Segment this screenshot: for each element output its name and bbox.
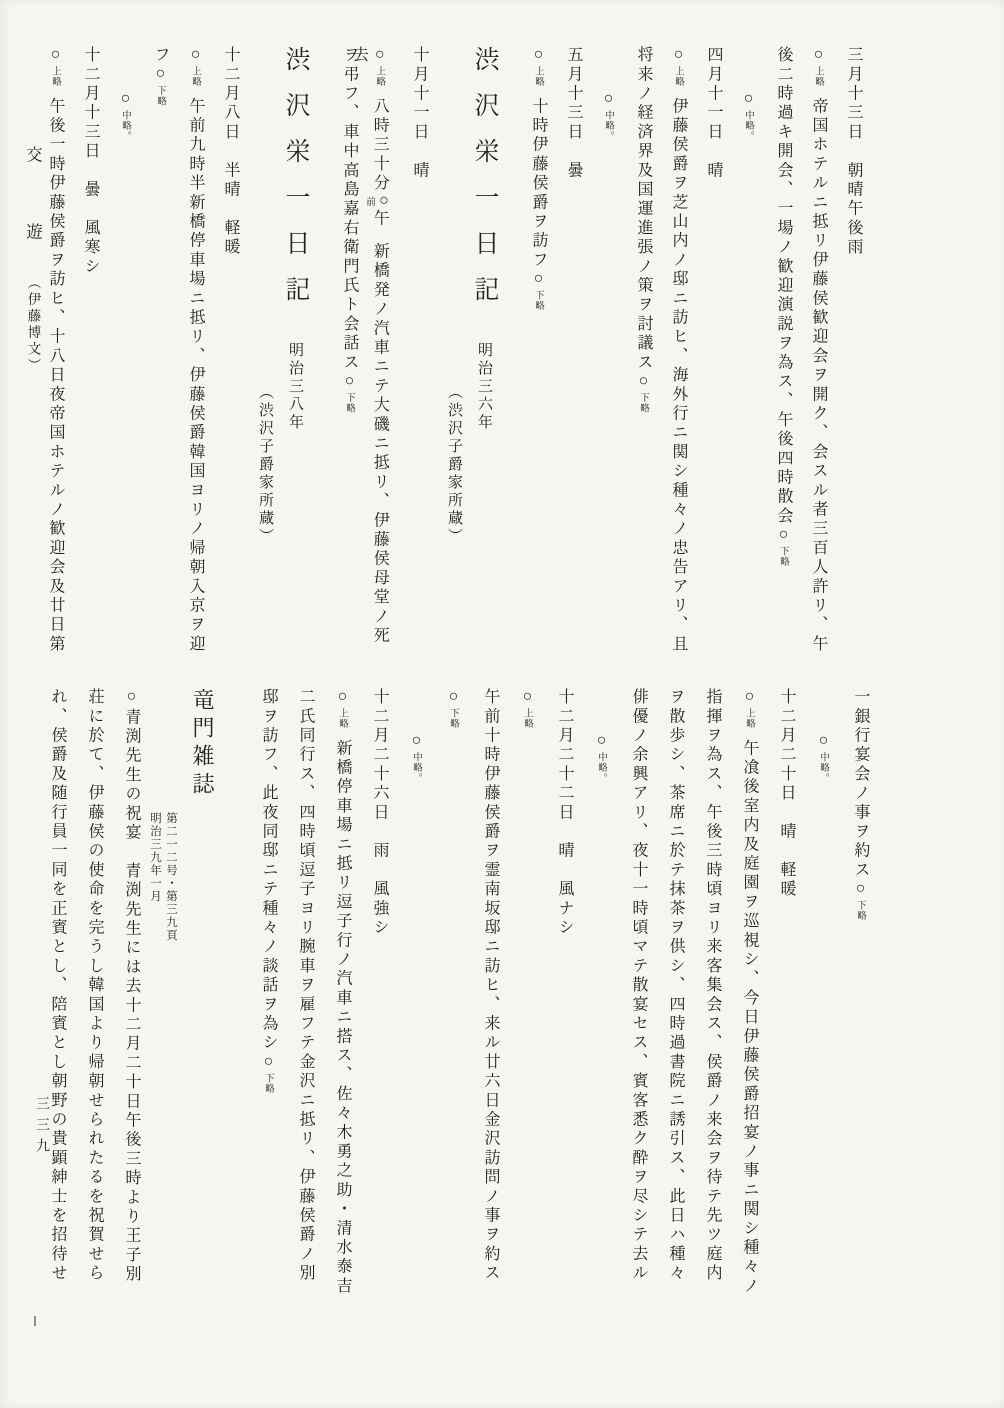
diary-date-column: 三月十三日 朝晴午後雨 [826,46,861,660]
insertion-correction-mark: 前○ [366,193,392,209]
diary-text-column: 将来ノ経済界及国運進張ノ策ヲ討議ス○下略 [616,46,651,660]
diary-text-column: ○上略十時伊藤侯爵ヲ訪フ○下略 [511,46,546,660]
diary-date-column: 十二月二十二日 晴 風ナシ [535,688,572,1310]
diary-date-column: 五月十三日 曇 [546,46,581,660]
diary-date-column: 十二月十三日 曇 風寒シ [63,46,98,660]
ellipsis-note-column: ○中略。 [572,688,609,1310]
running-header: 交 遊（伊藤博文） [24,146,41,375]
diary-text-column: 午前十時伊藤侯爵ヲ霊南坂邸ニ訪ヒ、来ル廿六日金沢訪問ノ事ヲ約ス [461,688,498,1310]
page-number: 三三九 [34,1096,48,1159]
diary-text-column: ○上略午前九時半新橋停車場ニ抵リ、伊藤侯爵韓国ヨリノ帰朝入京ヲ迎 [168,46,203,660]
journal-ref-line: 第二一二号・第三九頁 [160,812,176,1310]
ellipsis-note-column: ○中略。 [387,688,424,1310]
diary-text-column: ○上略新橋停車場ニ抵リ逗子行ノ汽車ニ搭ス、佐々木勇之助・清水泰吉 [313,688,350,1310]
diary-text-column: ○上略帝国ホテルニ抵リ伊藤侯歓迎会ヲ開ク、会スル者三百人許リ、午 [791,46,826,660]
journal-ref-column: 第二一二号・第三九頁明治三九年一月 [139,688,176,1310]
upper-text-block: 三月十三日 朝晴午後雨○上略帝国ホテルニ抵リ伊藤侯歓迎会ヲ開ク、会スル者三百人許… [28,46,861,660]
diary-text-column: 邸ヲ訪フ、此夜同邸ニテ種々ノ談話ヲ為シ○下略 [239,688,276,1310]
scanned-document-page: 三月十三日 朝晴午後雨○上略帝国ホテルニ抵リ伊藤侯歓迎会ヲ開ク、会スル者三百人許… [0,0,1004,1408]
diary-date-column: 十二月二十六日 雨 風強シ [350,688,387,1310]
diary-text-column: フ○下略 [133,46,168,660]
diary-text-column: ヲ散歩シ、茶席ニ於テ抹茶ヲ供シ、四時過書院ニ誘引ス、此日ハ種々 [646,688,683,1310]
diary-text-column: 後二時過キ開会、一場ノ歓迎演説ヲ為ス、午後四時散会○下略 [756,46,791,660]
diary-text-column: 荘に於て、伊藤侯の使命を完うし韓国より帰朝せられたるを祝賀せら [65,688,102,1310]
source-colophon-column: （渋沢子爵家所蔵） [427,46,462,660]
source-title-column: 渋沢栄一日記明治三八年 [273,46,308,660]
section-subtitle: （伊藤博文） [26,276,41,375]
journal-ref-line: 明治三九年一月 [144,812,160,1310]
diary-date-column: 十月十一日 晴 [392,46,427,660]
journal-title-column: 竜門雑誌 [176,688,213,1310]
diary-text-column: ヲ弔フ、車中高島嘉右衛門氏ト会話ス○下略 [322,46,357,660]
diary-date-column: 四月十一日 晴 [686,46,721,660]
scan-artifact [34,1316,36,1326]
diary-text-column: ○上略八時三十分前○午新橋発ノ汽車ニテ大磯ニ抵リ、伊藤侯母堂ノ死去 [357,46,392,660]
diary-text-column: 一銀行宴会ノ事ヲ約ス○下略 [831,688,868,1310]
diary-text-column: ○下略 [424,688,461,1310]
ellipsis-note-column: ○中略。 [98,46,133,660]
diary-text-column: ○上略 [498,688,535,1310]
diary-date-column: 十二月八日 半晴 軽暖 [203,46,238,660]
section-title: 交 遊 [24,146,43,262]
lower-text-block: 一銀行宴会ノ事ヲ約ス○下略○中略。十二月二十日 晴 軽暖○上略午飡後室内及庭園ヲ… [28,688,868,1310]
diary-text-column: ○青渕先生の祝宴 青渕先生には去十二月二十日午後三時より王子別 [102,688,139,1310]
diary-text-column: 俳優ノ余興アリ、夜十一時頃マテ散宴セス、賓客悉ク酔ヲ尽シテ去ル [609,688,646,1310]
source-colophon-column: （渋沢子爵家所蔵） [238,46,273,660]
diary-text-column: 指揮ヲ為ス、午後三時頃ヨリ来客集会ス、侯爵ノ来会ヲ待テ先ツ庭内 [683,688,720,1310]
ellipsis-note-column: ○中略。 [794,688,831,1310]
ellipsis-note-column: ○中略。 [721,46,756,660]
page-content: 三月十三日 朝晴午後雨○上略帝国ホテルニ抵リ伊藤侯歓迎会ヲ開ク、会スル者三百人許… [28,46,906,1310]
diary-date-column: 十二月二十日 晴 軽暖 [757,688,794,1310]
ellipsis-note-column: ○中略。 [581,46,616,660]
source-title-column: 渋沢栄一日記明治三六年 [462,46,497,660]
diary-text-column: 二氏同行ス、四時頃逗子ヨリ腕車ヲ雇フテ金沢ニ抵リ、伊藤侯爵ノ別 [276,688,313,1310]
diary-text-column: ○上略午飡後室内及庭園ヲ巡視シ、今日伊藤侯爵招宴ノ事ニ関シ種々ノ [720,688,757,1310]
diary-text-column: ○上略伊藤侯爵ヲ芝山内ノ邸ニ訪ヒ、海外行ニ関シ種々ノ忠告アリ、且 [651,46,686,660]
diary-text-column: れ、侯爵及随行員一同を正賓とし、陪賓とし朝野の貴顕紳士を招待せ [28,688,65,1310]
